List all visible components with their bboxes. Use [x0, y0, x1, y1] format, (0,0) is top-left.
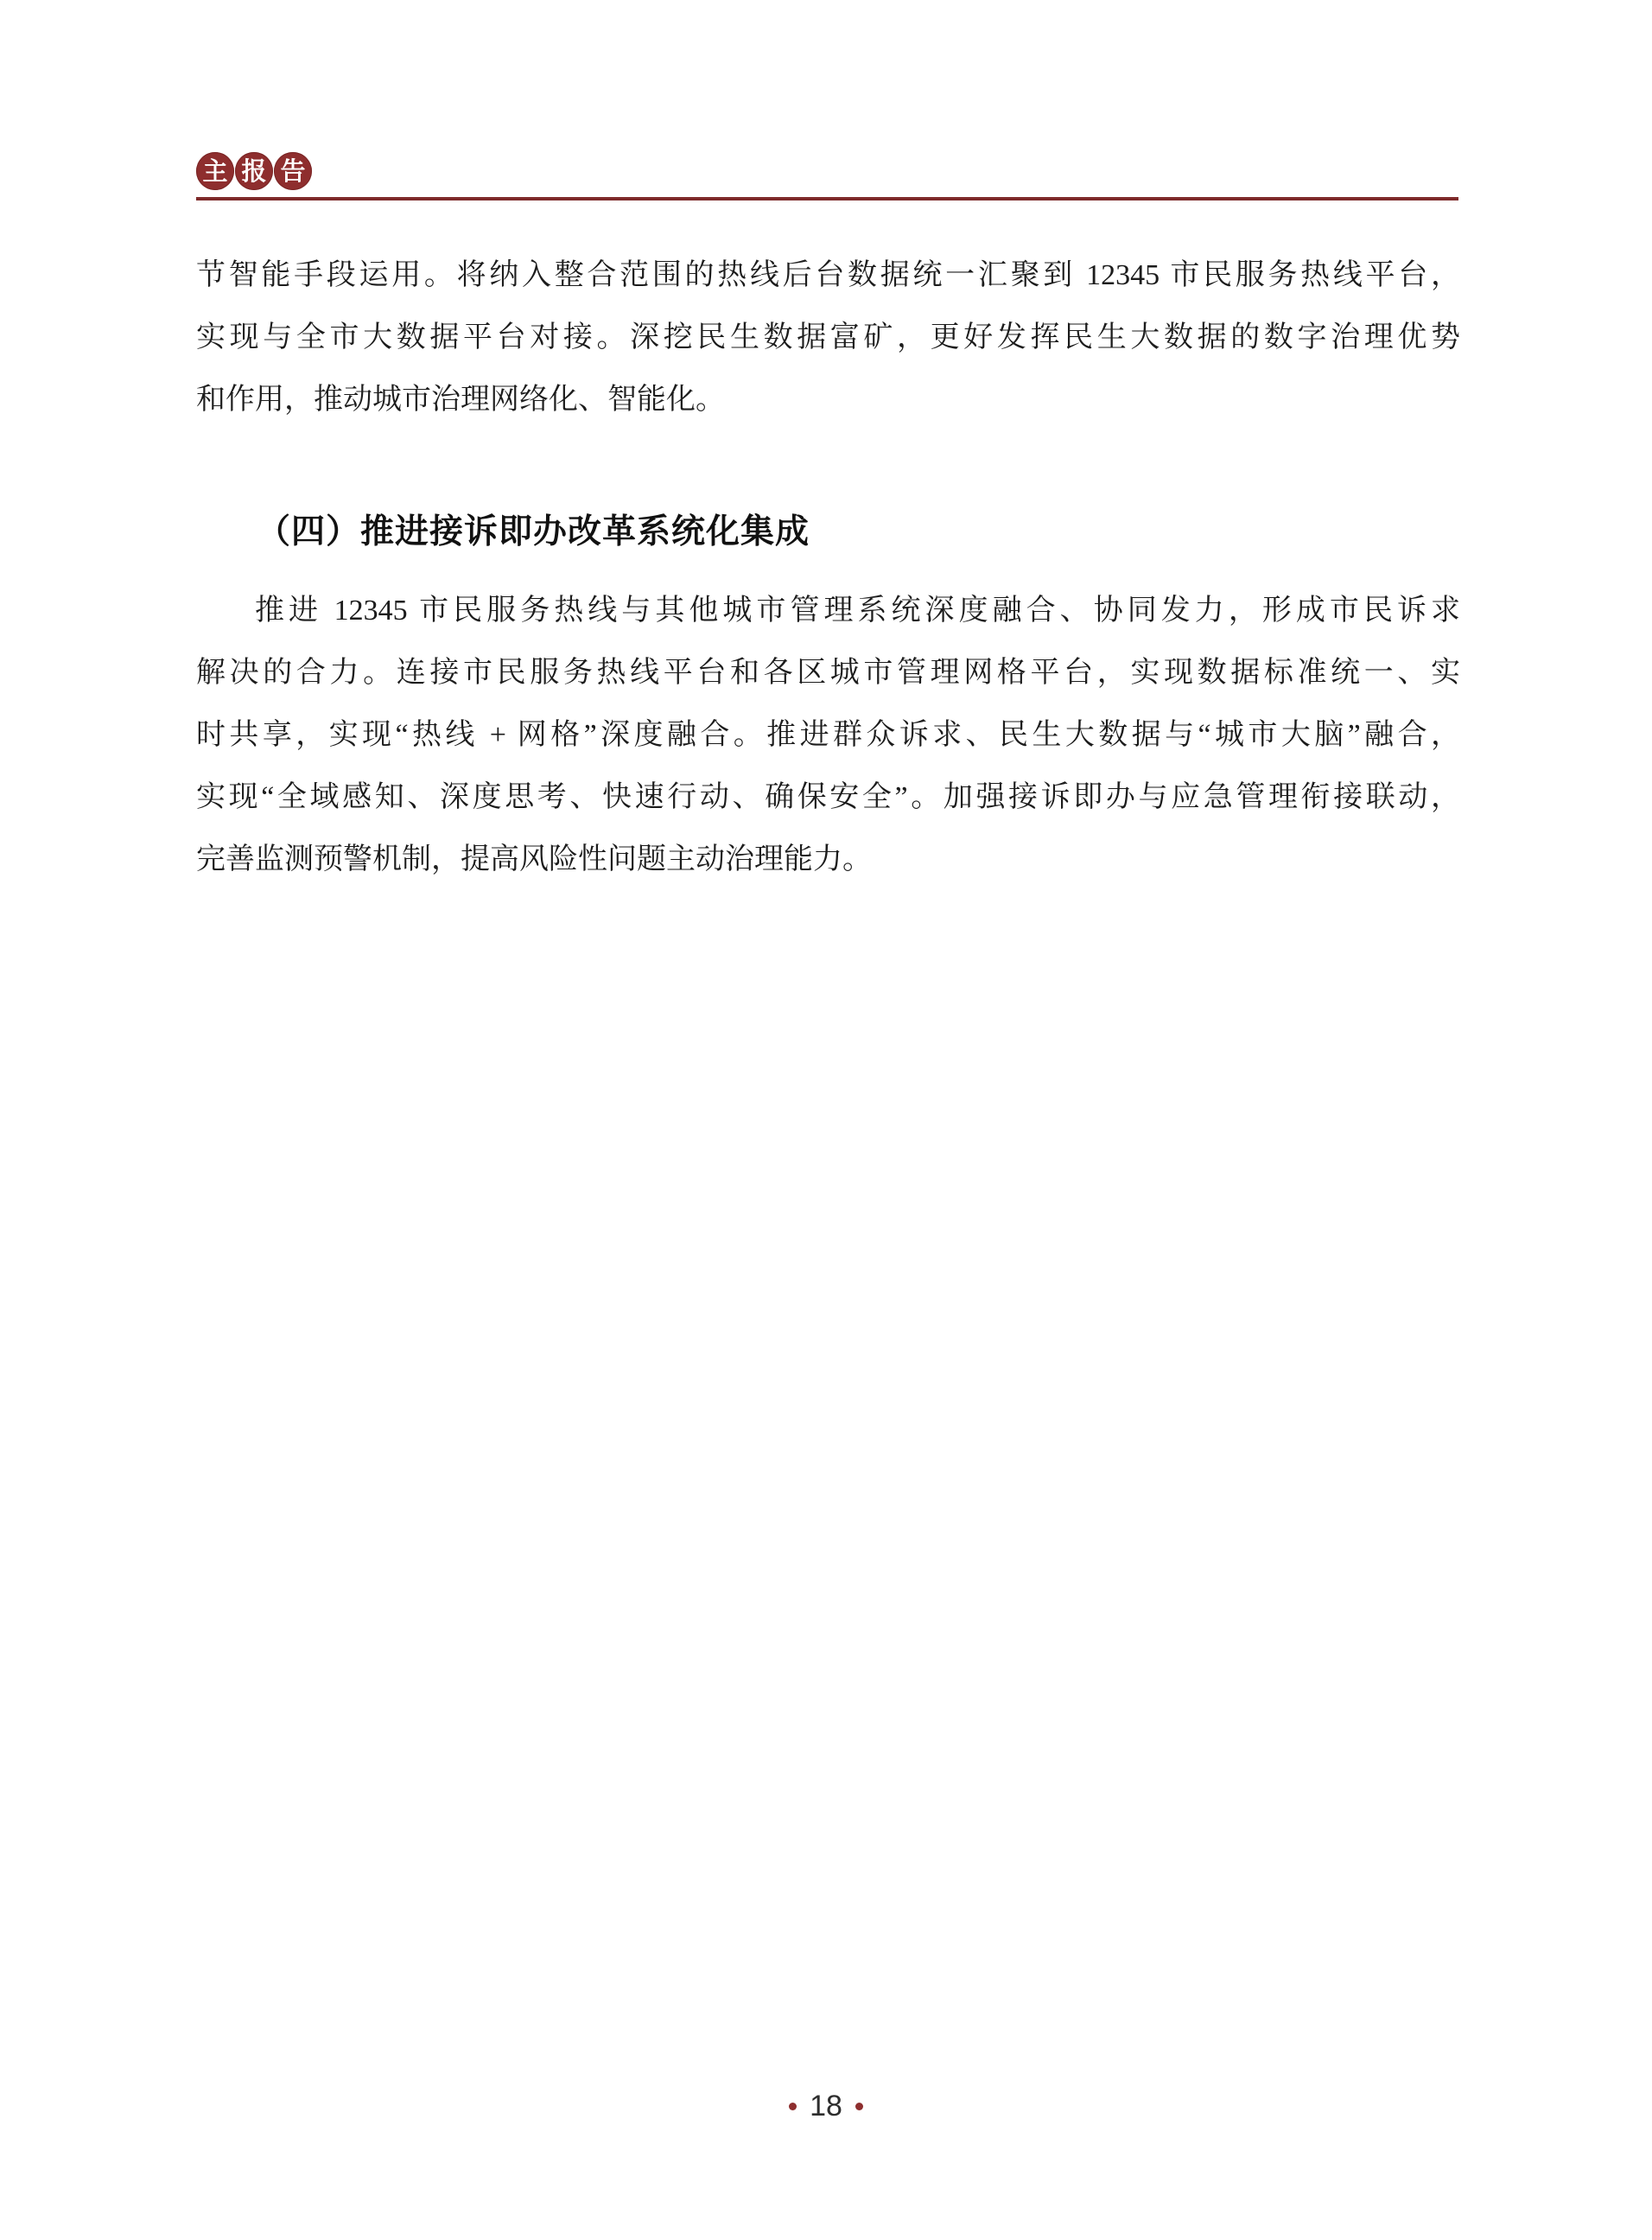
logo-badge-circle: 主	[196, 152, 234, 190]
page-number-dot-icon	[855, 2103, 863, 2110]
logo-badge-circle: 报	[235, 152, 273, 190]
paragraph-2-line: 解决的合力。连接市民服务热线平台和各区城市管理网格平台，实现数据标准统一、实	[196, 642, 1460, 704]
paragraph-2-line: 完善监测预警机制，提高风险性问题主动治理能力。	[196, 829, 1460, 891]
paragraph-1: 节智能手段运用。将纳入整合范围的热线后台数据统一汇聚到 12345 市民服务热线…	[196, 245, 1460, 431]
page-number-dot-icon	[789, 2103, 797, 2110]
paragraph-2: 推进 12345 市民服务热线与其他城市管理系统深度融合、协同发力，形成市民诉求…	[196, 580, 1460, 891]
logo-badge-char: 主	[202, 160, 227, 185]
logo-badge-char: 告	[280, 160, 305, 185]
header-rule	[196, 197, 1458, 200]
paragraph-1-line: 实现与全市大数据平台对接。深挖民生数据富矿，更好发挥民生大数据的数字治理优势	[196, 307, 1460, 369]
page-number-value: 18	[810, 2090, 842, 2122]
paragraph-1-line: 节智能手段运用。将纳入整合范围的热线后台数据统一汇聚到 12345 市民服务热线…	[196, 245, 1460, 307]
paragraph-2-line: 实现“全域感知、深度思考、快速行动、确保安全”。加强接诉即办与应急管理衔接联动，	[196, 767, 1460, 829]
page-number: 18	[0, 2090, 1652, 2122]
paragraph-2-line: 推进 12345 市民服务热线与其他城市管理系统深度融合、协同发力，形成市民诉求	[196, 580, 1460, 642]
paragraph-1-line: 和作用，推动城市治理网络化、智能化。	[196, 369, 1460, 431]
paragraph-2-line: 时共享，实现“热线 + 网格”深度融合。推进群众诉求、民生大数据与“城市大脑”融…	[196, 704, 1460, 767]
report-page: 主 报 告 节智能手段运用。将纳入整合范围的热线后台数据统一汇聚到 12345 …	[0, 0, 1652, 2240]
header-logo: 主 报 告	[196, 152, 312, 190]
logo-badge-circle: 告	[274, 152, 312, 190]
section-heading: （四）推进接诉即办改革系统化集成	[196, 511, 1460, 554]
logo-badge-char: 报	[241, 160, 266, 185]
